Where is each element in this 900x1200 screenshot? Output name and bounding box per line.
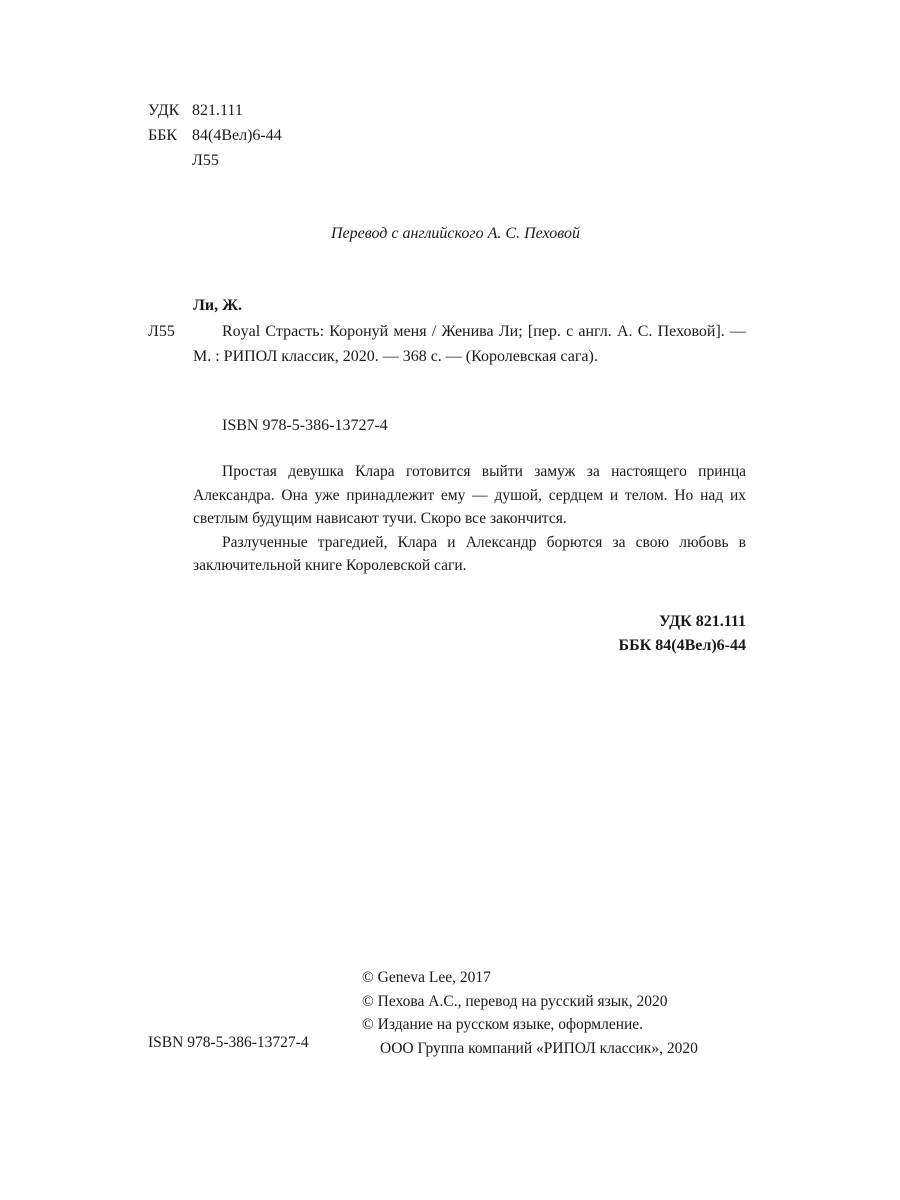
footer-udk: УДК 821.111	[619, 610, 747, 634]
copyright-line: ООО Группа компаний «РИПОЛ классик», 202…	[362, 1037, 698, 1061]
bbk-row: ББК84(4Вел)6-44	[148, 123, 282, 148]
annotation: Простая девушка Клара готовится выйти за…	[193, 460, 746, 578]
catalog-author: Ли, Ж.	[193, 294, 242, 318]
copyright-line: © Издание на русском языке, оформление.	[362, 1013, 698, 1037]
catalog-isbn: ISBN 978-5-386-13727-4	[222, 414, 388, 438]
footer-bbk: ББК 84(4Вел)6-44	[619, 634, 747, 658]
copyright-line: © Geneva Lee, 2017	[362, 966, 698, 990]
udk-label: УДК	[148, 98, 192, 123]
author-mark-row: Л55	[148, 148, 282, 173]
annotation-paragraph: Разлученные трагедией, Клара и Александр…	[193, 531, 746, 578]
annotation-paragraph: Простая девушка Клара готовится выйти за…	[193, 460, 746, 531]
catalog-author-mark: Л55	[148, 319, 175, 344]
classification-codes: УДК821.111 ББК84(4Вел)6-44 Л55	[148, 98, 282, 173]
bbk-value: 84(4Вел)6-44	[192, 127, 282, 144]
footer-isbn: ISBN 978-5-386-13727-4	[148, 1031, 309, 1055]
author-mark: Л55	[192, 152, 219, 169]
footer-classification-codes: УДК 821.111 ББК 84(4Вел)6-44	[619, 610, 747, 658]
bibliographic-description: Royal Страсть: Коронуй меня / Женива Ли;…	[193, 319, 746, 369]
translator-note: Перевод с английского А. С. Пеховой	[331, 222, 580, 246]
copyright-line: © Пехова А.С., перевод на русский язык, …	[362, 990, 698, 1014]
copyright-block: © Geneva Lee, 2017 © Пехова А.С., перево…	[362, 966, 698, 1060]
udk-row: УДК821.111	[148, 98, 282, 123]
bbk-label: ББК	[148, 123, 192, 148]
udk-value: 821.111	[192, 102, 243, 119]
